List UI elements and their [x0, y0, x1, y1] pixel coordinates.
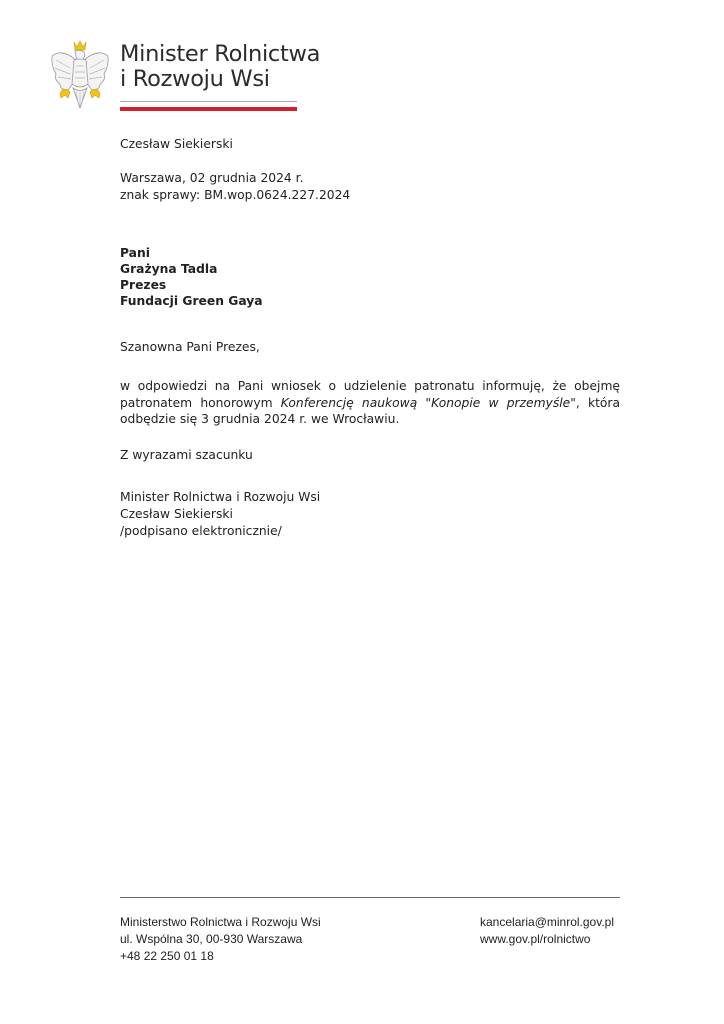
footer-phone: +48 22 250 01 18 [120, 948, 321, 965]
signature-name: Czesław Siekierski [120, 506, 233, 523]
header-gray-rule [120, 101, 297, 102]
footer-rule [120, 897, 620, 898]
footer-contact-left: Ministerstwo Rolnictwa i Rozwoju Wsi ul.… [120, 914, 321, 965]
header-red-rule [120, 107, 297, 111]
brand-line-2: i Rozwoju Wsi [120, 67, 320, 92]
brand-line-1: Minister Rolnictwa [120, 42, 320, 67]
footer-address: ul. Wspólna 30, 00-930 Warszawa [120, 931, 321, 948]
eagle-emblem-icon [48, 38, 112, 112]
signature-note: /podpisano elektronicznie/ [120, 523, 282, 540]
salutation: Szanowna Pani Prezes, [120, 339, 260, 356]
ministry-brand: Minister Rolnictwa i Rozwoju Wsi [120, 42, 320, 92]
footer-email[interactable]: kancelaria@minrol.gov.pl [480, 914, 614, 931]
event-name: Konferencję naukową "Konopie w przemyśle… [281, 396, 576, 410]
sender-name: Czesław Siekierski [120, 136, 233, 153]
closing: Z wyrazami szacunku [120, 447, 253, 464]
recipient-title: Prezes [120, 277, 166, 294]
footer-organization: Ministerstwo Rolnictwa i Rozwoju Wsi [120, 914, 321, 931]
place-date: Warszawa, 02 grudnia 2024 r. [120, 170, 303, 187]
case-reference: znak sprawy: BM.wop.0624.227.2024 [120, 187, 350, 204]
recipient-name: Grażyna Tadla [120, 261, 217, 278]
letter-body: w odpowiedzi na Pani wniosek o udzieleni… [120, 378, 620, 428]
recipient-line-1: Pani [120, 245, 150, 262]
signature-title: Minister Rolnictwa i Rozwoju Wsi [120, 489, 320, 506]
footer-contact-right: kancelaria@minrol.gov.pl www.gov.pl/roln… [480, 914, 614, 948]
footer-website[interactable]: www.gov.pl/rolnictwo [480, 931, 614, 948]
recipient-organization: Fundacji Green Gaya [120, 293, 263, 310]
